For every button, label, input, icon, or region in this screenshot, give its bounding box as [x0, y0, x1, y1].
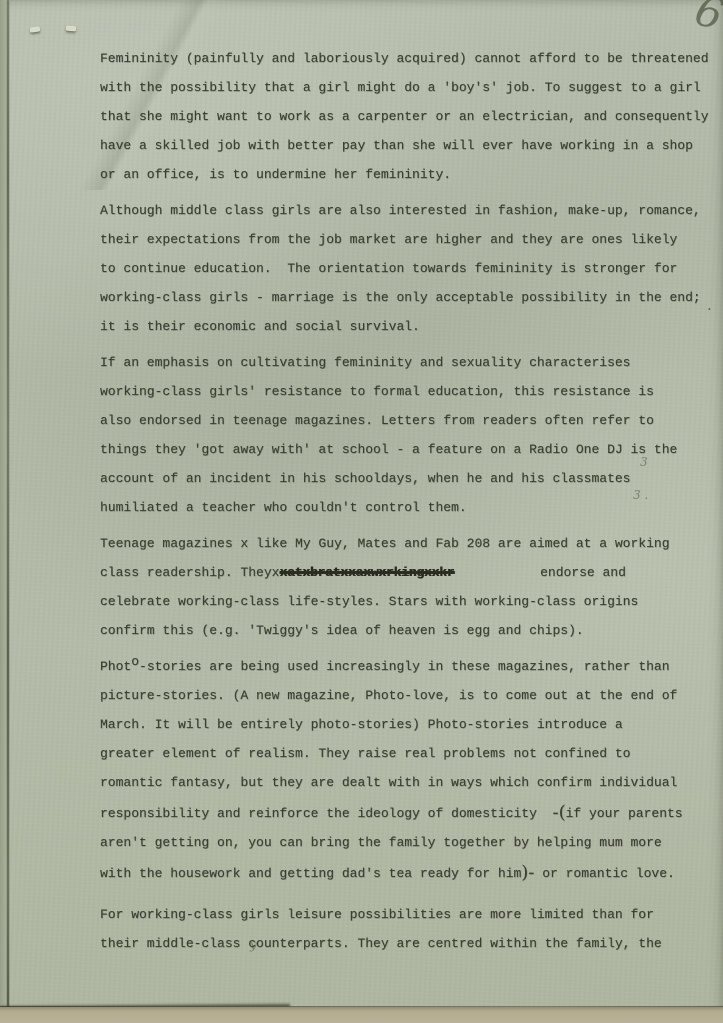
paragraph-teenage-magazines: Teenage magazines x like My Guy, Mates a…: [100, 529, 718, 645]
handwritten-close-bracket: )-: [521, 858, 534, 887]
paragraph-leisure-possibilities: For working-class girls leisure possibil…: [100, 900, 718, 958]
paragraph-photo-stories: Photo-stories are being used increasingl…: [100, 652, 718, 888]
typewritten-line: their expectations from the job market a…: [100, 225, 718, 254]
line-segment: class readership. Theyx: [100, 565, 279, 580]
line-segment: if your parents: [566, 806, 683, 821]
paragraph-resistance-to-education: If an emphasis on cultivating femininity…: [100, 348, 718, 522]
typewritten-line: account of an incident in his schooldays…: [100, 464, 718, 493]
typewritten-line: that she might want to work as a carpent…: [100, 102, 718, 131]
typewritten-line: celebrate working-class life-styles. Sta…: [100, 587, 718, 616]
typewritten-line: it is their economic and social survival…: [100, 312, 718, 341]
line-segment: endorse and: [454, 565, 626, 580]
staple-mark: [66, 26, 76, 33]
line-segment: Phot: [100, 659, 131, 674]
surface-below-page: [0, 1007, 723, 1023]
paragraph-middle-class-girls: Although middle class girls are also int…: [100, 196, 718, 341]
typewritten-text: Femininity (painfully and laboriously ac…: [100, 44, 718, 965]
page-left-edge-line: [7, 0, 9, 1010]
line-segment: with the housework and getting dad's tea…: [100, 866, 521, 881]
staple-mark: [30, 26, 41, 33]
typewritten-line: Although middle class girls are also int…: [100, 196, 718, 225]
struck-out-text: xatxbratxxaxwxrkingxxkr: [279, 565, 454, 580]
typewritten-line: greater element of realism. They raise r…: [100, 739, 718, 768]
typewritten-line: to continue education. The orientation t…: [100, 254, 718, 283]
typewritten-line: aren't getting on, you can bring the fam…: [100, 828, 718, 857]
typewritten-line: things they 'got away with' at school - …: [100, 435, 718, 464]
typewritten-line-with-pen-bracket: with the housework and getting dad's tea…: [100, 857, 718, 888]
typewritten-line: picture-stories. (A new magazine, Photo-…: [100, 681, 718, 710]
typewritten-line: humiliated a teacher who couldn't contro…: [100, 493, 718, 522]
typewritten-line-with-raised-letter: Photo-stories are being used increasingl…: [100, 652, 718, 681]
typewritten-line: their middle-class counterparts. They ar…: [100, 929, 718, 958]
typewritten-line: also endorsed in teenage magazines. Lett…: [100, 406, 718, 435]
typewritten-line: or an office, is to undermine her femini…: [100, 160, 718, 189]
typewritten-line-with-pen-bracket: responsibility and reinforce the ideolog…: [100, 797, 718, 828]
raised-typed-letter: o: [131, 647, 139, 676]
typewritten-line-with-strikeout: class readership. Theyxxatxbratxxaxwxrki…: [100, 558, 718, 587]
typewritten-line: Femininity (painfully and laboriously ac…: [100, 44, 718, 73]
typewritten-line: with the possibility that a girl might d…: [100, 73, 718, 102]
typewritten-line: Teenage magazines x like My Guy, Mates a…: [100, 529, 718, 558]
typewritten-line: working-class girls - marriage is the on…: [100, 283, 718, 312]
paragraph-femininity-threatened: Femininity (painfully and laboriously ac…: [100, 44, 718, 189]
typewritten-line: have a skilled job with better pay than …: [100, 131, 718, 160]
typewritten-line: For working-class girls leisure possibil…: [100, 900, 718, 929]
typewritten-line: If an emphasis on cultivating femininity…: [100, 348, 718, 377]
typewritten-line: romantic fantasy, but they are dealt wit…: [100, 768, 718, 797]
scanned-page: 6 3 3 . . y ' Femininity (painfully and …: [0, 0, 723, 1023]
typewritten-line: confirm this (e.g. 'Twiggy's idea of hea…: [100, 616, 718, 645]
typewritten-line: working-class girls' resistance to forma…: [100, 377, 718, 406]
line-segment: responsibility and reinforce the ideolog…: [100, 806, 552, 821]
line-segment: -stories are being used increasingly in …: [139, 659, 670, 674]
handwritten-corner-mark: 6: [690, 0, 723, 40]
typewritten-line: March. It will be entirely photo-stories…: [100, 710, 718, 739]
handwritten-open-bracket: -(: [552, 798, 565, 827]
line-segment: or romantic love.: [534, 866, 674, 881]
